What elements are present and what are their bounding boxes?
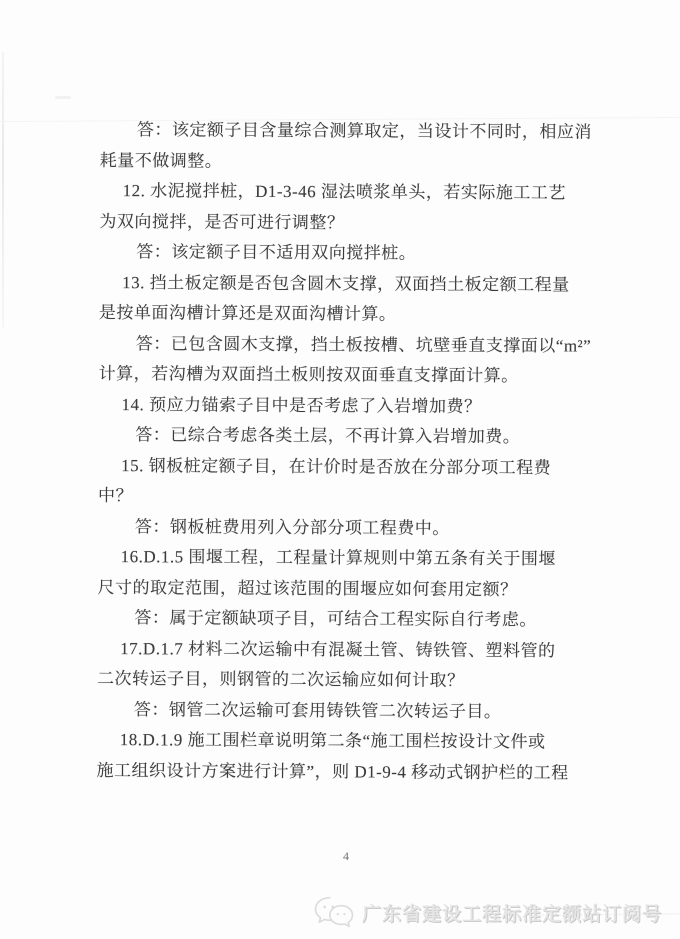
footer-watermark: 广东省建设工程标准定额站订阅号 (313, 896, 662, 928)
text-line: 答：已包含圆木支撑，挡土板按槽、坑壁垂直支撑面以“m²” (99, 328, 611, 361)
text-line: 计算，若沟槽为双面挡土板则按双面垂直支撑面计算。 (99, 359, 611, 392)
text-line: 17.D.1.7 材料二次运输中有混凝土管、铸铁管、塑料管的 (97, 633, 609, 666)
text-line: 答：该定额子目含量综合测算取定，当设计不同时，相应消 (100, 115, 612, 148)
text-line: 答：已综合考虑各类土层，不再计算入岩增加费。 (98, 420, 610, 453)
text-line: 16.D.1.5 围堰工程，工程量计算规则中第五条有关于围堰 (98, 542, 610, 575)
text-line: 答：钢板桩费用列入分部分项工程费中。 (98, 511, 610, 544)
text-line: 耗量不做调整。 (100, 145, 612, 178)
text-line: 尺寸的取定范围，超过该范围的围堰应如何套用定额？ (97, 572, 609, 605)
watermark-text: 广东省建设工程标准定额站订阅号 (362, 899, 662, 926)
text-line: 答：该定额子目不适用双向搅拌桩。 (99, 237, 611, 270)
text-line: 施工组织设计方案进行计算”，则 D1-9-4 移动式钢护栏的工程 (96, 755, 608, 788)
page-number: 4 (0, 849, 680, 864)
scan-artifact-vertical-line (2, 52, 4, 327)
text-line: 14. 预应力锚索子目中是否考虑了入岩增加费？ (98, 389, 610, 422)
scan-artifact-smudge (55, 96, 71, 99)
text-line: 13. 挡土板定额是否包含圆木支撑，双面挡土板定额工程量 (99, 267, 611, 300)
text-line: 中？ (98, 481, 610, 514)
document-body: 答：该定额子目含量综合测算取定，当设计不同时，相应消 耗量不做调整。 12. 水… (96, 115, 612, 789)
text-line: 18.D.1.9 施工围栏章说明第二条“施工围栏按设计文件或 (97, 725, 609, 758)
text-line: 15. 钢板桩定额子目，在计价时是否放在分部分项工程费 (98, 450, 610, 483)
text-line: 答：钢管二次运输可套用铸铁管二次转运子目。 (97, 694, 609, 727)
wechat-icon (313, 896, 355, 928)
scanned-document-page: 答：该定额子目含量综合测算取定，当设计不同时，相应消 耗量不做调整。 12. 水… (0, 0, 680, 939)
text-line: 为双向搅拌，是否可进行调整？ (99, 206, 611, 239)
text-line: 二次转运子目，则钢管的二次运输应如何计取？ (97, 664, 609, 697)
text-line: 答：属于定额缺项子目，可结合工程实际自行考虑。 (97, 603, 609, 636)
text-line: 是按单面沟槽计算还是双面沟槽计算。 (99, 298, 611, 331)
text-line: 12. 水泥搅拌桩，D1-3-46 湿法喷浆单头，若实际施工工艺 (100, 176, 612, 209)
